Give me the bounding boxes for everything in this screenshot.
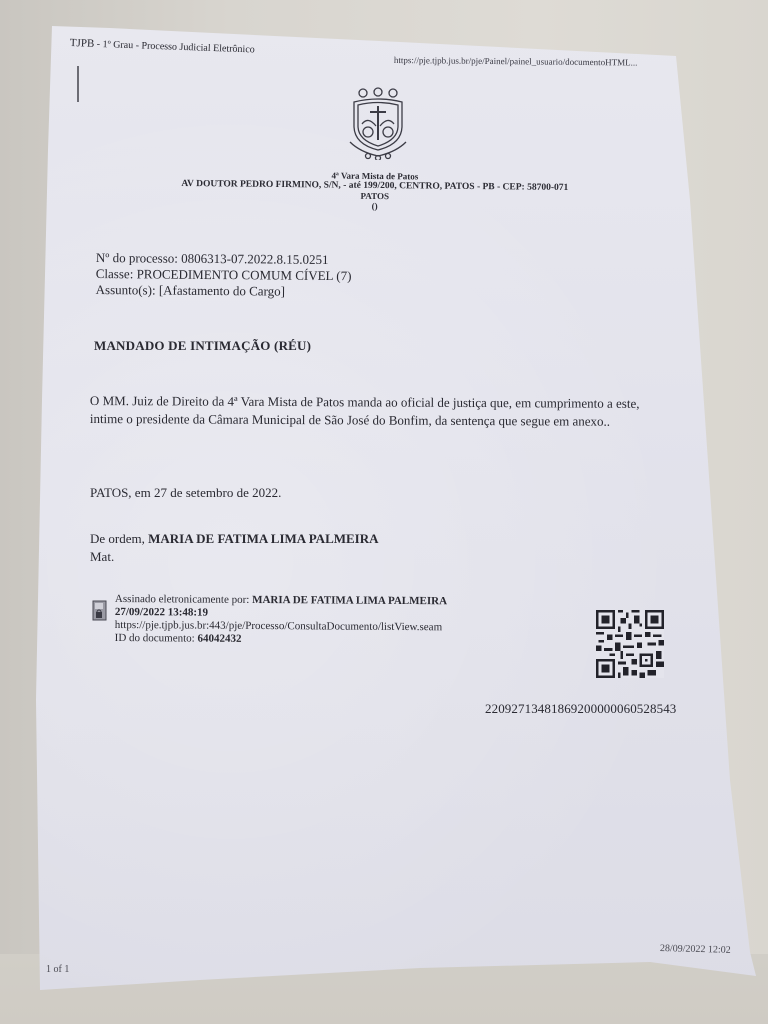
- process-class-value: PROCEDIMENTO COMUM CÍVEL (7): [137, 266, 352, 283]
- signer-name: MARIA DE FATIMA LIMA PALMEIRA: [252, 594, 447, 607]
- system-prefix: TJPB: [70, 37, 95, 50]
- order-name: MARIA DE FATIMA LIMA PALMEIRA: [148, 531, 378, 546]
- margin-mark: [77, 66, 79, 102]
- order-block: De ordem, MARIA DE FATIMA LIMA PALMEIRA …: [90, 530, 379, 566]
- doc-id-value: 64042432: [197, 633, 241, 645]
- mat-label: Mat.: [90, 548, 379, 566]
- place-date: PATOS, em 27 de setembro de 2022.: [90, 486, 281, 499]
- process-number-value: 0806313-07.2022.8.15.0251: [181, 251, 328, 267]
- signature-block: Assinado eletronicamente por: MARIA DE F…: [115, 593, 447, 647]
- document-body: O MM. Juiz de Direito da 4ª Vara Mista d…: [90, 392, 640, 431]
- signed-document-icon: [92, 600, 108, 622]
- doc-id-label: ID do documento:: [115, 632, 198, 645]
- print-timestamp: 28/09/2022 12:02: [660, 944, 731, 956]
- court-header: 4ª Vara Mista de Patos AV DOUTOR PEDRO F…: [160, 169, 590, 214]
- barcode-number: 22092713481869200000060528543: [485, 702, 676, 715]
- process-subject: Assunto(s): [Afastamento do Cargo]: [96, 282, 352, 300]
- qr-code-icon: [596, 610, 664, 678]
- process-subject-value: [Afastamento do Cargo]: [159, 283, 285, 299]
- body-line-2: intime o presidente da Câmara Municipal …: [90, 410, 640, 431]
- order-prefix: De ordem,: [90, 531, 148, 546]
- document-title: MANDADO DE INTIMAÇÃO (RÉU): [94, 339, 311, 352]
- process-info: Nº do processo: 0806313-07.2022.8.15.025…: [96, 250, 352, 300]
- coat-of-arms-icon: [348, 86, 408, 160]
- page-counter: 1 of 1: [46, 965, 69, 975]
- signature-label: Assinado eletronicamente por:: [115, 593, 252, 606]
